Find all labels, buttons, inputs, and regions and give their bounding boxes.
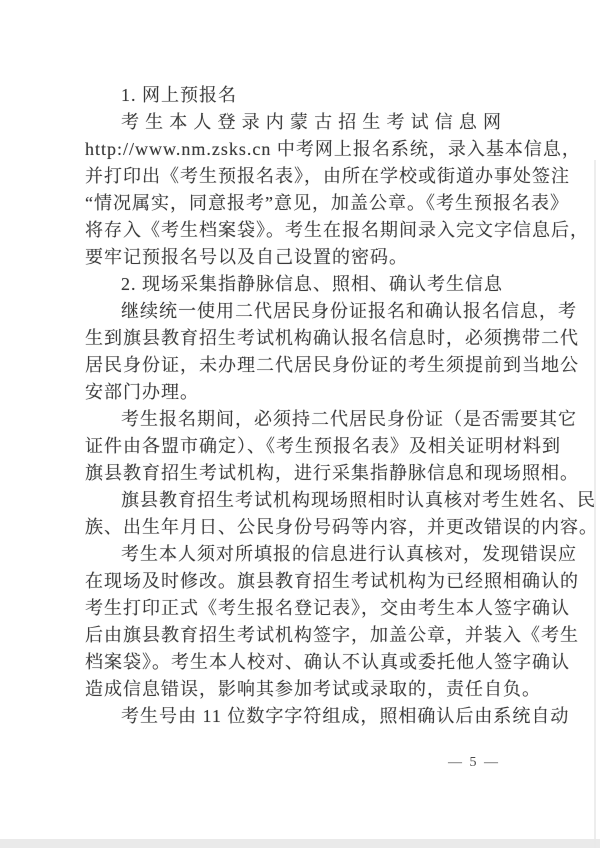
paragraph-line: 考生号由 11 位数字字符组成，照相确认后由系统自动 (85, 703, 505, 730)
paragraph-line: 证件由各盟市确定）、《考生预报名表》及相关证明材料到 (85, 433, 505, 460)
paragraph-line: 考生打印正式《考生报名登记表》，交由考生本人签字确认 (85, 595, 505, 622)
paragraph-line: 将存入《考生档案袋》。考生在报名期间录入完文字信息后， (85, 217, 505, 244)
paragraph-line: 后由旗县教育招生考试机构签字，加盖公章，并装入《考生 (85, 622, 505, 649)
paragraph-line: http://www.nm.zsks.cn 中考网上报名系统，录入基本信息， (85, 136, 505, 163)
paragraph-line: 考生本人须对所填报的信息进行认真核对，发现错误应 (85, 541, 505, 568)
paragraph-line: 居民身份证，未办理二代居民身份证的考生须提前到当地公 (85, 352, 505, 379)
paragraph-line: 旗县教育招生考试机构现场照相时认真核对考生姓名、民 (85, 487, 505, 514)
scanned-document-page: 1. 网上预报名考生本人登录内蒙古招生考试信息网http://www.nm.zs… (0, 0, 600, 848)
paragraph-line: 继续统一使用二代居民身份证报名和确认报名信息，考 (85, 298, 505, 325)
document-body: 1. 网上预报名考生本人登录内蒙古招生考试信息网http://www.nm.zs… (85, 82, 505, 730)
heading-line: 1. 网上预报名 (85, 82, 505, 109)
paragraph-line: 要牢记预报名号以及自己设置的密码。 (85, 244, 505, 271)
paragraph-line: 在现场及时修改。旗县教育招生考试机构为已经照相确认的 (85, 568, 505, 595)
paragraph-line: “情况属实，同意报考”意见，加盖公章。《考生预报名表》 (85, 190, 505, 217)
paragraph-line: 生到旗县教育招生考试机构确认报名信息时，必须携带二代 (85, 325, 505, 352)
paragraph-line: 造成信息错误，影响其参加考试或录取的，责任自负。 (85, 676, 505, 703)
paragraph-line: 考生报名期间，必须持二代居民身份证（是否需要其它 (85, 406, 505, 433)
paragraph-line: 旗县教育招生考试机构，进行采集指静脉信息和现场照相。 (85, 460, 505, 487)
scan-artifact-right-edge (594, 160, 596, 848)
heading-line: 2. 现场采集指静脉信息、照相、确认考生信息 (85, 271, 505, 298)
paragraph-line: 档案袋》。考生本人校对、确认不认真或委托他人签字确认 (85, 649, 505, 676)
paragraph-line: 考生本人登录内蒙古招生考试信息网 (85, 109, 505, 136)
paragraph-line: 安部门办理。 (85, 379, 505, 406)
page-number: — 5 — (448, 755, 500, 771)
paragraph-line: 族、出生年月日、公民身份号码等内容，并更改错误的内容。 (85, 514, 505, 541)
scan-artifact-bottom-edge (0, 839, 600, 848)
paragraph-line: 并打印出《考生预报名表》，由所在学校或街道办事处签注 (85, 163, 505, 190)
